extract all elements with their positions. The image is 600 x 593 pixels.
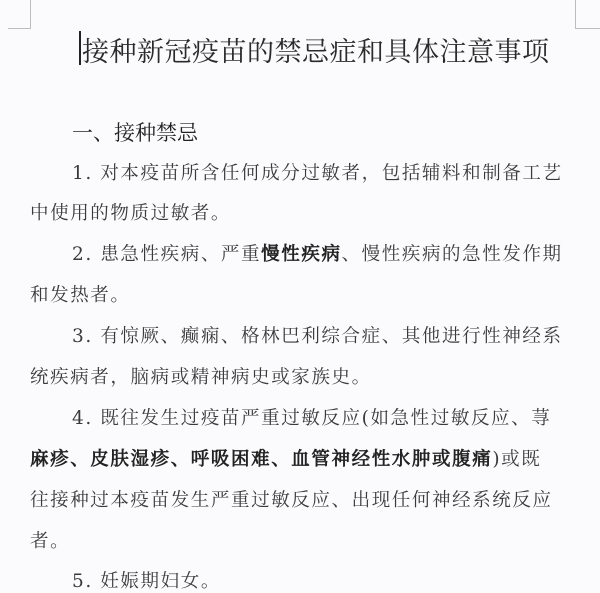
page-corner-mark-left	[8, 0, 31, 29]
item-2-line-1[interactable]: 2. 患急性疾病、严重慢性疾病、慢性疾病的急性发作期	[72, 240, 563, 266]
item-5-line-1[interactable]: 5. 妊娠期妇女。	[72, 567, 221, 593]
item-4-line-3[interactable]: 往接种过本疫苗发生严重过敏反应、出现任何神经系统反应	[30, 486, 553, 512]
item-3-line-1[interactable]: 3. 有惊厥、癫痫、格林巴利综合症、其他进行性神经系	[72, 322, 563, 348]
item-2-bold-text: 慢性疾病	[261, 244, 341, 265]
page-corner-mark-right	[575, 0, 600, 29]
item-2-text-pre: 2. 患急性疾病、严重	[72, 244, 261, 265]
item-4-line-1[interactable]: 4. 既往发生过疫苗严重过敏反应(如急性过敏反应、荨	[72, 404, 551, 430]
item-2-line-2[interactable]: 和发热者。	[30, 281, 131, 307]
item-4-line-2[interactable]: 麻疹、皮肤湿疹、呼吸困难、血管神经性水肿或腹痛)或既	[30, 445, 541, 471]
item-1-line-1[interactable]: 1. 对本疫苗所含任何成分过敏者，包括辅料和制备工艺	[72, 159, 563, 185]
item-2-text-post: 、慢性疾病的急性发作期	[342, 244, 563, 265]
item-4-bold-text: 麻疹、皮肤湿疹、呼吸困难、血管神经性水肿或腹痛	[30, 449, 492, 470]
text-cursor	[79, 31, 81, 65]
document-title[interactable]: 接种新冠疫苗的禁忌症和具体注意事项	[82, 30, 550, 69]
item-4-text-post: )或既	[492, 449, 541, 470]
item-3-line-2[interactable]: 统疾病者，脑病或精神病史或家族史。	[30, 363, 372, 389]
item-4-line-4[interactable]: 者。	[30, 527, 70, 553]
item-1-line-2[interactable]: 中使用的物质过敏者。	[30, 199, 231, 225]
section-heading[interactable]: 一、接种禁忌	[72, 117, 198, 147]
